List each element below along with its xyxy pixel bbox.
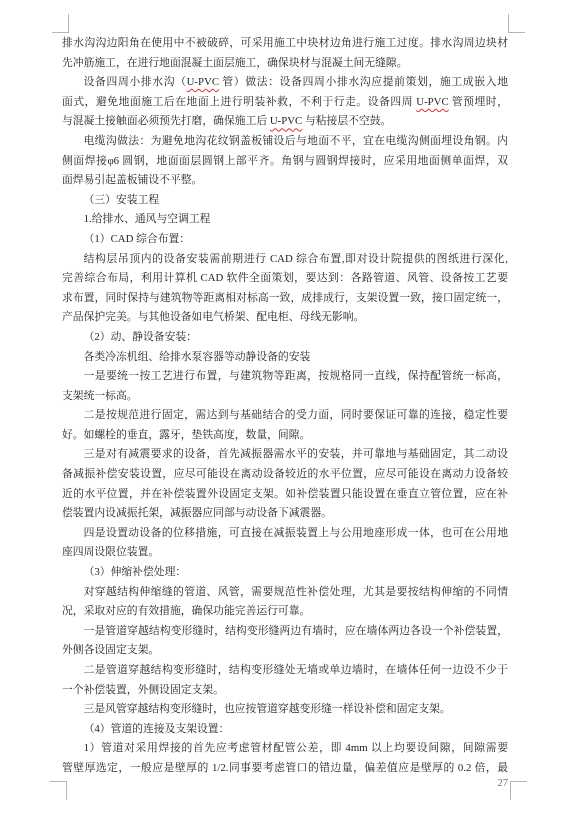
text-run: 管预埋时， — [449, 96, 508, 108]
text-line: 与混凝土接触面必须预先打磨，确保施工后 U-PVC 与粘接层不空鼓。 — [62, 112, 508, 132]
text-line: 先冲筋施工，在进行地面混凝土面层施工，确保块材与混凝土间无缝隙。 — [62, 54, 508, 74]
text-run: （1）CAD 综合布置： — [84, 233, 190, 245]
text-line: 1）管道对采用焊接的首先应考虑管材配管公差，即 4mm 以上均要设间隙，间隙需要 — [62, 739, 508, 759]
text-run: 外侧各设固定支架。 — [62, 644, 159, 656]
text-run: 管壁厚选定，一般应是壁厚的 1/2.同事要考虑管口的错边量，偏差值应是壁厚的 0… — [62, 762, 508, 774]
text-run: （2）动、静设备安装： — [84, 331, 197, 343]
text-run: 完善综合布局，利用计算机 CAD 软件全面策划，要达到：各路管道、风管、设备按工… — [62, 272, 508, 284]
text-run: 近的水平位置，并在补偿装置外设固定支架。如补偿装置只能设置在垂直立管位置，应在补 — [62, 488, 508, 500]
document-body: 排水沟沟边阳角在使用中不被破碎，可采用施工中块材边角进行施工过度。排水沟周边块材… — [62, 34, 508, 779]
text-run: 一是要统一按工艺进行布置，与建筑物等距离，按规格同一直线，保持配管统一标高， — [84, 370, 508, 382]
document-page: 排水沟沟边阳角在使用中不被破碎，可采用施工中块材边角进行施工过度。排水沟周边块材… — [0, 0, 564, 819]
text-line: （3）伸缩补偿处理： — [62, 563, 508, 583]
text-line: 座四周设限位装置。 — [62, 543, 508, 563]
text-line: 产品保护完美。与其他设备如电气桥架、配电柜、母线无影响。 — [62, 308, 508, 328]
text-run: （4）管道的连接及支架设置： — [84, 723, 230, 735]
text-run: 结构层吊顶内的设备安装需前期进行 CAD 综合布置,即对设计院提供的图纸进行深化… — [84, 253, 508, 265]
crop-mark-bottom-left — [50, 781, 67, 800]
text-line: 完善综合布局，利用计算机 CAD 软件全面策划，要达到：各路管道、风管、设备按工… — [62, 269, 508, 289]
text-line: 近的水平位置，并在补偿装置外设固定支架。如补偿装置只能设置在垂直立管位置，应在补 — [62, 485, 508, 505]
text-line: 二是管道穿越结构变形缝时，结构变形缝处无墙或单边墙时，在墙体任何一边设不少于 — [62, 661, 508, 681]
text-line: 三是对有减震要求的设备，首先减振器需水平的安装，并可靠地与基础固定，其二动设 — [62, 445, 508, 465]
text-run: 支架统一标高。 — [62, 390, 138, 402]
text-line: （1）CAD 综合布置： — [62, 230, 508, 250]
crop-mark-top-left — [52, 14, 69, 33]
text-run: 座四周设限位装置。 — [62, 546, 159, 558]
text-run: 好。如螺栓的垂直，露牙，垫铁高度，数量，间隙。 — [62, 429, 310, 441]
text-line: 备减振补偿安装设置，应尽可能设在离动设备较近的水平位置，应尽可能设在离动力设备较 — [62, 465, 508, 485]
text-run: 偿装置内设减振托架，减振器应同部与动设备下减震器。 — [62, 507, 332, 519]
crop-mark-bottom-right — [510, 781, 527, 800]
misspelled-word: U-PVC — [187, 76, 219, 88]
text-run: （三）安装工程 — [84, 194, 160, 206]
text-line: 求布置，同时保持与建筑物等距离相对标高一致，成排成行，支架设置一致，接口固定统一… — [62, 289, 508, 309]
text-line: 1.给排水、通风与空调工程 — [62, 210, 508, 230]
text-line: 四是设置动设备的位移措施，可直接在减振装置上与公用地座形成一体，也可在公用地 — [62, 524, 508, 544]
text-run: 先冲筋施工，在进行地面混凝土面层施工，确保块材与混凝土间无缝隙。 — [62, 57, 408, 69]
text-line: 二是按规范进行固定，需达到与基础结合的受力面，同时要保证可靠的连接，稳定性要 — [62, 406, 508, 426]
text-run: 与混凝土接触面必须预先打磨，确保施工后 — [62, 115, 270, 127]
text-line: （4）管道的连接及支架设置： — [62, 720, 508, 740]
text-line: 对穿越结构伸缩缝的管道、风管，需要规范性补偿处理，尤其是要按结构伸缩的不同情 — [62, 583, 508, 603]
text-run: 四是设置动设备的位移措施，可直接在减振装置上与公用地座形成一体，也可在公用地 — [84, 527, 508, 539]
text-run: 况，采取对应的有效措施，确保功能完善运行可靠。 — [62, 605, 310, 617]
text-line: 一是管道穿越结构变形缝时，结构变形缝两边有墙时，应在墙体两边各设一个补偿装置， — [62, 622, 508, 642]
text-line: 面式，避免地面施工后在地面上进行明装补救，不利于行走。设备四周 U-PVC 管预… — [62, 93, 508, 113]
text-line: 况，采取对应的有效措施，确保功能完善运行可靠。 — [62, 602, 508, 622]
text-line: 支架统一标高。 — [62, 387, 508, 407]
text-line: 好。如螺栓的垂直，露牙，垫铁高度，数量，间隙。 — [62, 426, 508, 446]
text-line: 排水沟沟边阳角在使用中不被破碎，可采用施工中块材边角进行施工过度。排水沟周边块材 — [62, 34, 508, 54]
text-line: （2）动、静设备安装： — [62, 328, 508, 348]
text-line: 管壁厚选定，一般应是壁厚的 1/2.同事要考虑管口的错边量，偏差值应是壁厚的 0… — [62, 759, 508, 779]
misspelled-word: U-PVC — [270, 115, 302, 127]
misspelled-word: U-PVC — [416, 96, 448, 108]
text-run: 备减振补偿安装设置，应尽可能设在离动设备较近的水平位置，应尽可能设在离动力设备较 — [62, 468, 508, 480]
text-run: 三是风管穿越结构变形缝时，也应按管道穿越变形缝一样设补偿和固定支架。 — [84, 703, 451, 715]
text-line: 偿装置内设减振托架，减振器应同部与动设备下减震器。 — [62, 504, 508, 524]
text-line: 各类冷冻机组、给排水泵容器等动静设备的安装 — [62, 348, 508, 368]
text-line: 设备四周小排水沟（U-PVC 管）做法：设备四周小排水沟应提前策划，施工成嵌入地 — [62, 73, 508, 93]
text-run: 一是管道穿越结构变形缝时，结构变形缝两边有墙时，应在墙体两边各设一个补偿装置， — [84, 625, 508, 637]
text-run: 设备四周小排水沟（ — [84, 76, 187, 88]
text-line: 电缆沟做法：为避免地沟花纹钢盖板铺设后与地面不平，宜在电缆沟侧面埋设角钢。内 — [62, 132, 508, 152]
text-run: 侧面焊接φ6 圆钢，地面面层圆钢上部平齐。角钢与圆钢焊接时，应采用地面侧单面焊，… — [62, 155, 508, 167]
text-line: 三是风管穿越结构变形缝时，也应按管道穿越变形缝一样设补偿和固定支架。 — [62, 700, 508, 720]
text-line: 外侧各设固定支架。 — [62, 641, 508, 661]
text-run: 面焊易引起盖板铺设不平整。 — [62, 174, 202, 186]
text-line: 一是要统一按工艺进行布置，与建筑物等距离，按规格同一直线，保持配管统一标高， — [62, 367, 508, 387]
text-run: 管）做法：设备四周小排水沟应提前策划，施工成嵌入地 — [219, 76, 508, 88]
text-run: 面式，避免地面施工后在地面上进行明装补救，不利于行走。设备四周 — [62, 96, 416, 108]
text-run: 求布置，同时保持与建筑物等距离相对标高一致，成排成行，支架设置一致，接口固定统一… — [62, 292, 508, 304]
text-run: 各类冷冻机组、给排水泵容器等动静设备的安装 — [84, 351, 311, 363]
text-line: （三）安装工程 — [62, 191, 508, 211]
text-run: 排水沟沟边阳角在使用中不被破碎，可采用施工中块材边角进行施工过度。排水沟周边块材 — [62, 37, 508, 49]
text-run: 与粘接层不空鼓。 — [302, 115, 391, 127]
text-run: （3）伸缩补偿处理： — [84, 566, 187, 578]
text-run: 对穿越结构伸缩缝的管道、风管，需要规范性补偿处理，尤其是要按结构伸缩的不同情 — [84, 586, 508, 598]
text-run: 一个补偿装置，外侧设固定支架。 — [62, 684, 224, 696]
text-run: 三是对有减震要求的设备，首先减振器需水平的安装，并可靠地与基础固定，其二动设 — [84, 448, 508, 460]
text-run: 二是管道穿越结构变形缝时，结构变形缝处无墙或单边墙时，在墙体任何一边设不少于 — [84, 664, 508, 676]
page-number: 27 — [478, 777, 508, 791]
text-run: 产品保护完美。与其他设备如电气桥架、配电柜、母线无影响。 — [62, 311, 364, 323]
crop-mark-top-right — [508, 14, 525, 33]
text-run: 1.给排水、通风与空调工程 — [84, 213, 211, 225]
text-line: 面焊易引起盖板铺设不平整。 — [62, 171, 508, 191]
text-run: 电缆沟做法：为避免地沟花纹钢盖板铺设后与地面不平，宜在电缆沟侧面埋设角钢。内 — [84, 135, 508, 147]
text-run: 二是按规范进行固定，需达到与基础结合的受力面，同时要保证可靠的连接，稳定性要 — [84, 409, 508, 421]
text-line: 侧面焊接φ6 圆钢，地面面层圆钢上部平齐。角钢与圆钢焊接时，应采用地面侧单面焊，… — [62, 152, 508, 172]
text-line: 结构层吊顶内的设备安装需前期进行 CAD 综合布置,即对设计院提供的图纸进行深化… — [62, 250, 508, 270]
text-line: 一个补偿装置，外侧设固定支架。 — [62, 681, 508, 701]
text-run: 1）管道对采用焊接的首先应考虑管材配管公差，即 4mm 以上均要设间隙，间隙需要 — [84, 742, 508, 754]
